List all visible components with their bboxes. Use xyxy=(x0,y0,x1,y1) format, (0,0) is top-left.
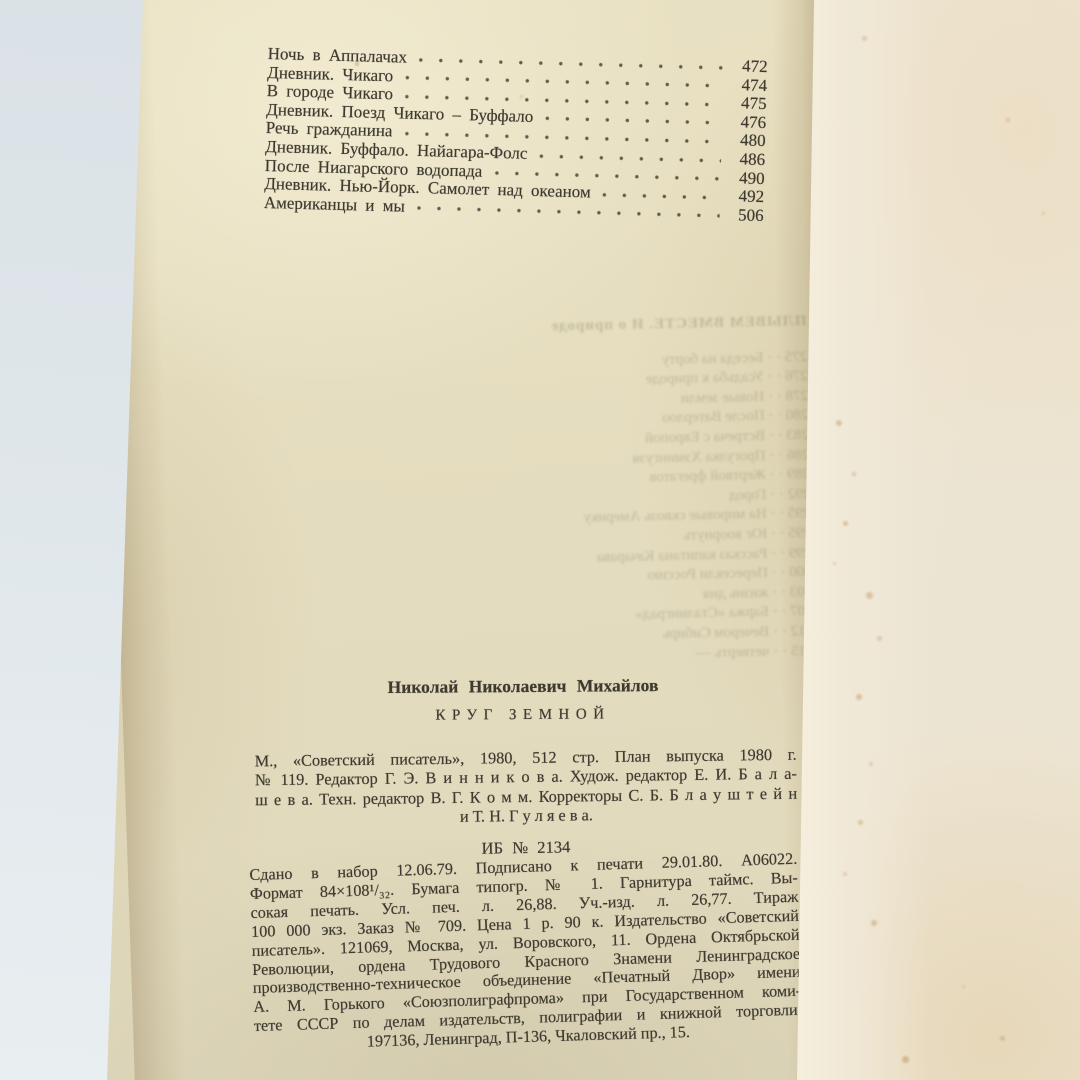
dot-leader xyxy=(545,110,722,128)
toc-entry-title: Американцы и мы xyxy=(264,193,406,217)
foxing-spot xyxy=(856,694,862,700)
foxing-spot xyxy=(862,36,867,41)
foxing-spot xyxy=(858,820,863,825)
foxing-spot xyxy=(836,420,842,426)
foxing-spot xyxy=(866,592,873,599)
foxing-spot xyxy=(843,872,847,876)
foxing-spot xyxy=(520,95,523,98)
colophon-block: Сдано в набор 12.06.79. Подписано к печа… xyxy=(249,850,802,1055)
foxing-spot xyxy=(871,920,877,926)
showthrough-heading: ПЛЫВЕМ ВМЕСТЕ. И о природе xyxy=(421,312,806,340)
foxing-spot xyxy=(962,985,965,988)
foxing-spot xyxy=(902,1056,909,1063)
foxing-spot xyxy=(869,762,873,766)
toc-list: Ночь в Аппалачах 472 Дневник. Чикаго 474… xyxy=(264,44,768,224)
foxing-spot xyxy=(833,562,836,565)
dot-leader xyxy=(603,186,721,202)
foxing-spot xyxy=(877,636,882,641)
imprint-block: М., «Советский писатель», 1980, 512 стр.… xyxy=(255,745,798,829)
foxing-spot xyxy=(1000,1036,1005,1041)
foxing-spot xyxy=(1006,118,1010,122)
author-name: Николай Николаевич Михайлов xyxy=(253,674,793,699)
toc-page-number: 506 xyxy=(725,205,764,226)
foxing-spot xyxy=(1042,212,1045,215)
dot-leader xyxy=(539,147,721,165)
showthrough-text: ПЛЫВЕМ ВМЕСТЕ. И о природе 275 · · Бесед… xyxy=(421,312,813,669)
book-title: КРУГ ЗЕМНОЙ xyxy=(253,705,793,726)
foxing-spot xyxy=(355,62,359,66)
photo-of-book-page: Ночь в Аппалачах 472 Дневник. Чикаго 474… xyxy=(0,0,1080,1080)
foxing-spot xyxy=(843,521,848,526)
foxing-spot xyxy=(852,472,856,476)
